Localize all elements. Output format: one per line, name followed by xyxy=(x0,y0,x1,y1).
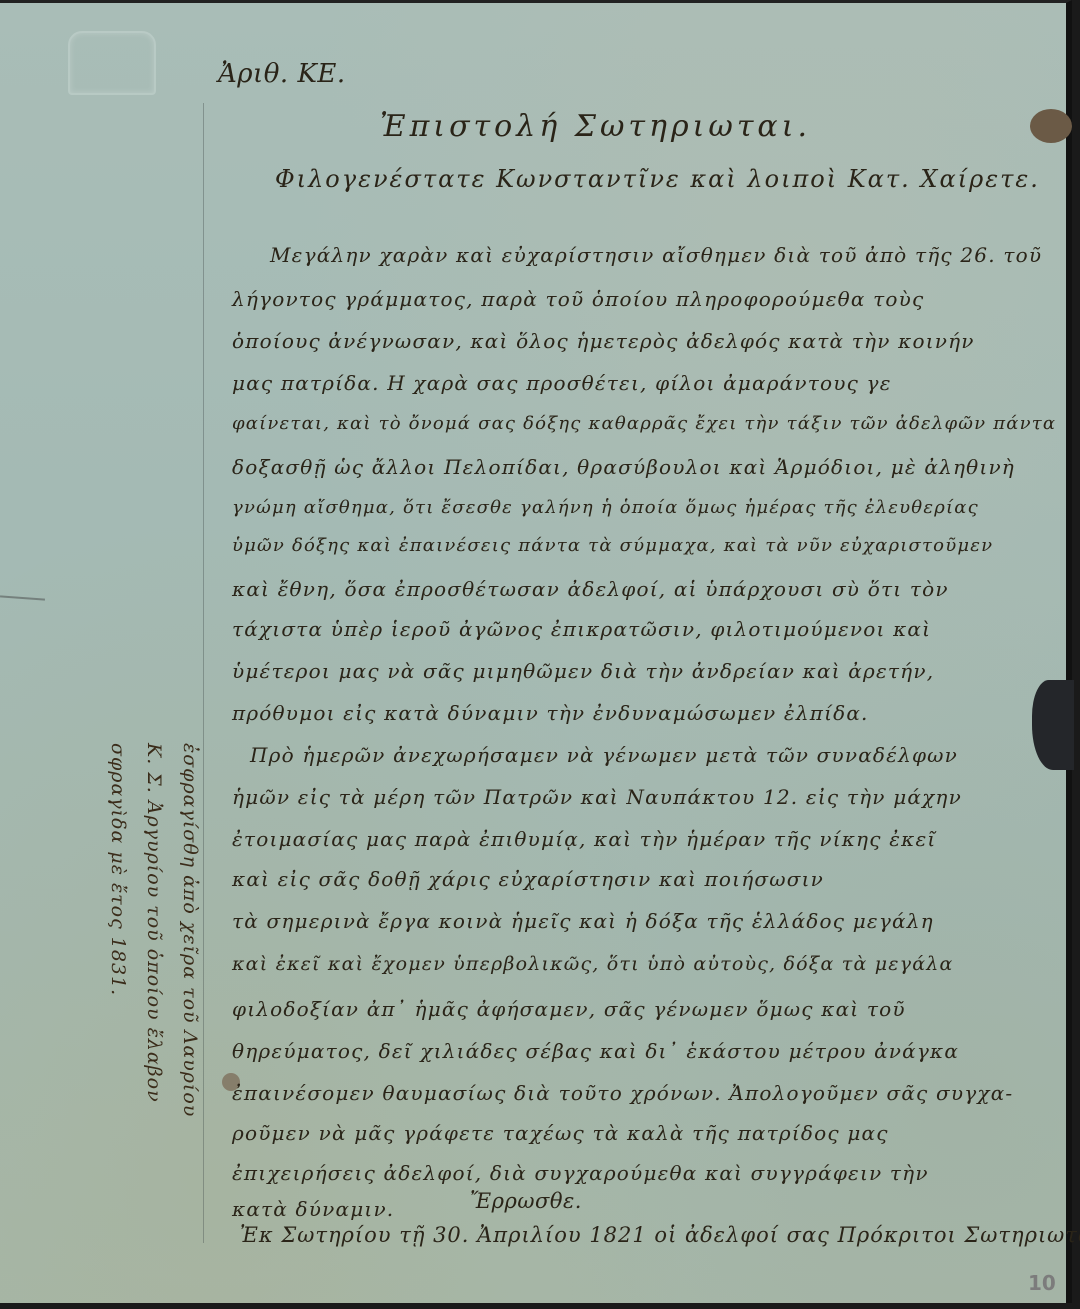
marginal-note-line: ἐσφραγίσθη ἀπὸ χεῖρα τοῦ Λαυρίου xyxy=(172,743,208,1163)
body-line: θηρεύματος, δεῖ χιλιάδες σέβας καὶ δι᾽ ἑ… xyxy=(232,1039,959,1063)
body-line: τάχιστα ὑπὲρ ἱεροῦ ἀγῶνος ἐπικρατῶσιν, φ… xyxy=(232,617,931,641)
marginal-note-line: σφραγὶδα μὲ ἔτος 1831. xyxy=(100,743,136,1163)
body-line: καὶ ἐκεῖ καὶ ἔχομεν ὑπερβολικῶς, ὅτι ὑπὸ… xyxy=(232,953,954,975)
manuscript-page: Ἀριθ. ΚΕ. Ἐπιστολή Σωτηριωται. Φιλογενέσ… xyxy=(0,0,1072,1303)
body-line: γνώμη αἴσθημα, ὅτι ἔσεσθε γαλήνη ἡ ὁποία… xyxy=(232,497,979,518)
date-and-signature: Ἐκ Σωτηρίου τῇ 30. Ἀπριλίου 1821 οἱ ἀδελ… xyxy=(240,1223,1080,1247)
folio-number: 10 xyxy=(1028,1271,1056,1295)
closing-farewell: Ἔρρωσθε. xyxy=(470,1189,582,1213)
body-line: φιλοδοξίαν ἀπ᾽ ἡμᾶς ἀφήσαμεν, σᾶς γένωμε… xyxy=(232,997,906,1021)
body-line: ἡμῶν εἰς τὰ μέρη τῶν Πατρῶν καὶ Ναυπάκτο… xyxy=(232,785,962,809)
body-line: πρόθυμοι εἰς κατὰ δύναμιν τὴν ἐνδυναμώσω… xyxy=(232,701,869,725)
body-line: λήγοντος γράμματος, παρὰ τοῦ ὁποίου πληρ… xyxy=(232,287,924,311)
body-line: ὑμῶν δόξης καὶ ἐπαινέσεις πάντα τὰ σύμμα… xyxy=(232,535,993,556)
body-line: τὰ σημερινὰ ἔργα κοινὰ ἡμεῖς καὶ ἡ δόξα … xyxy=(232,909,934,933)
body-line: κατὰ δύναμιν. xyxy=(232,1197,394,1221)
body-line: φαίνεται, καὶ τὸ ὄνομά σας δόξης καθαρρᾶ… xyxy=(232,413,1056,434)
paper-crack xyxy=(0,595,45,600)
marginal-note: ἐσφραγίσθη ἀπὸ χεῖρα τοῦ Λαυρίου Κ. Σ. Ἀ… xyxy=(100,743,208,1163)
body-line: μας πατρίδα. Η χαρὰ σας προσθέτει, φίλοι… xyxy=(232,371,892,395)
body-line: Πρὸ ἡμερῶν ἀνεχωρήσαμεν νὰ γένωμεν μετὰ … xyxy=(250,743,958,767)
salutation: Φιλογενέστατε Κωνσταντῖνε καὶ λοιποὶ Κατ… xyxy=(275,165,1040,193)
body-line: ἐπιχειρήσεις ἀδελφοί, διὰ συγχαρούμεθα κ… xyxy=(232,1161,929,1185)
paper-damage-hole xyxy=(1032,680,1074,770)
body-line: ἐτοιμασίας μας παρὰ ἐπιθυμίᾳ, καὶ τὴν ἡμ… xyxy=(232,827,936,851)
body-line: Μεγάλην χαρὰν καὶ εὐχαρίστησιν αἴσθημεν … xyxy=(270,243,1042,267)
ink-stain-top xyxy=(1030,109,1072,143)
body-line: ὑμέτεροι μας νὰ σᾶς μιμηθῶμεν διὰ τὴν ἀν… xyxy=(232,659,934,683)
embossed-stamp xyxy=(68,31,156,95)
body-line: ἐπαινέσομεν θαυμασίως διὰ τοῦτο χρόνων. … xyxy=(232,1081,1013,1105)
body-line: καὶ ἔθνη, ὅσα ἐπροσθέτωσαν ἀδελφοί, αἱ ὑ… xyxy=(232,577,949,601)
body-line: ὁποίους ἀνέγνωσαν, καὶ ὅλος ἡμετερὸς ἀδε… xyxy=(232,329,975,353)
letter-title: Ἐπιστολή Σωτηριωται. xyxy=(380,109,811,144)
reference-number: Ἀριθ. ΚΕ. xyxy=(218,59,346,89)
body-line: καὶ εἰς σᾶς δοθῇ χάρις εὐχαρίστησιν καὶ … xyxy=(232,867,824,891)
marginal-note-line: Κ. Σ. Ἀργυρίου τοῦ ὁποίου ἔλαβον xyxy=(136,743,172,1163)
body-line: δοξασθῇ ὡς ἄλλοι Πελοπίδαι, θρασύβουλοι … xyxy=(232,455,1015,479)
body-line: ροῦμεν νὰ μᾶς γράφετε ταχέως τὰ καλὰ τῆς… xyxy=(232,1121,889,1145)
